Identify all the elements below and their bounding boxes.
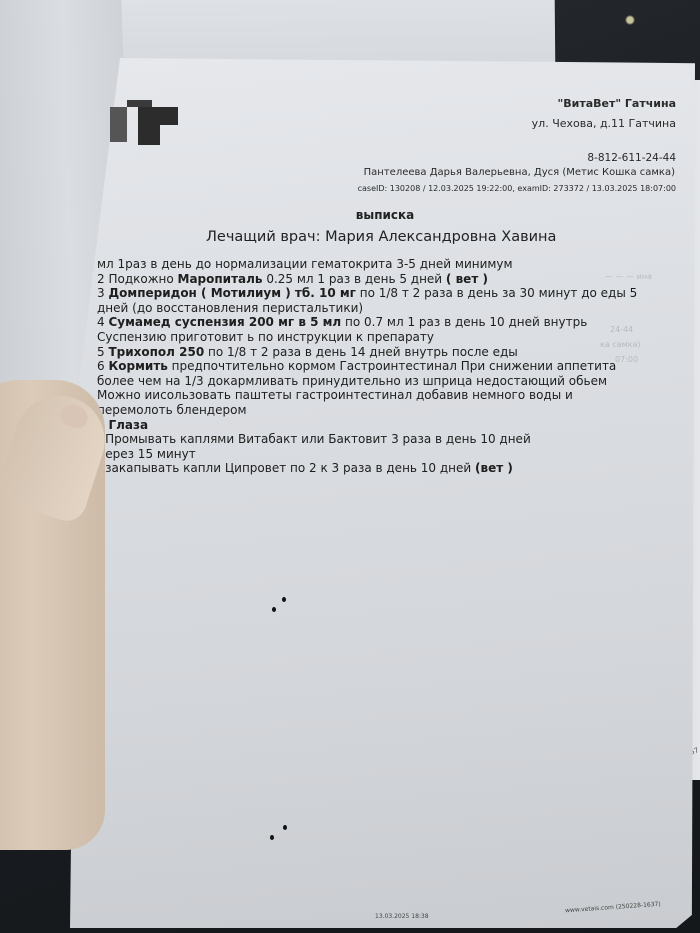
clinic-name: "ВитаВет" Гатчина [558,97,677,110]
ink-dot [282,597,286,602]
clinic-logo-icon [110,100,190,150]
prescription-line: перемолоть блендером [97,403,657,418]
prescription-line: 5 Трихопол 250 по 1/8 т 2 раза в день 14… [97,345,657,360]
patient-line: Пантелеева Дарья Валерьевна, Дуся (Метис… [364,167,675,178]
prescription-line: 3 Домперидон ( Мотилиум ) тб. 10 мг по 1… [97,286,657,301]
prescription-line: Можно иисользовать паштеты гастроинтести… [97,388,657,403]
prescription-line: - закапывать капли Ципровет по 2 к 3 раз… [97,461,657,476]
doctor-line: Лечащий врач: Мария Александровна Хавина [206,229,556,245]
print-date: 13.03.2025 18:38 [375,913,429,920]
clinic-phone: 8-812-611-24-44 [587,152,676,164]
prescription-line: мл 1раз в день до нормализации гематокри… [97,257,657,272]
prescription-line: 4 Сумамед суспензия 200 мг в 5 мл по 0.7… [97,315,657,330]
ink-dot [272,607,276,612]
case-info: caseID: 130208 / 12.03.2025 19:22:00, ex… [358,184,676,193]
prescription-line: 7 Глаза [97,418,657,433]
document-title: выписка [0,208,700,222]
prescription-line: 6 Кормить предпочтительно кормом Гастрои… [97,359,657,374]
prescription-line: дней (до восстановления перистальтики) [97,301,657,316]
ink-dot [283,825,287,830]
prescription-line: Через 15 минут [97,447,657,462]
prescription-line: 2 Подкожно Маропиталь 0.25 мл 1 раз в де… [97,272,657,287]
prescription-line: - Промывать каплями Витабакт или Бактови… [97,432,657,447]
prescription-text: мл 1раз в день до нормализации гематокри… [97,257,657,476]
prescription-line: Суспензию приготовит ь по инструкции к п… [97,330,657,345]
clinic-address: ул. Чехова, д.11 Гатчина [532,117,676,130]
prescription-line: более чем на 1/3 докармливать принудител… [97,374,657,389]
ink-dot [270,835,274,840]
